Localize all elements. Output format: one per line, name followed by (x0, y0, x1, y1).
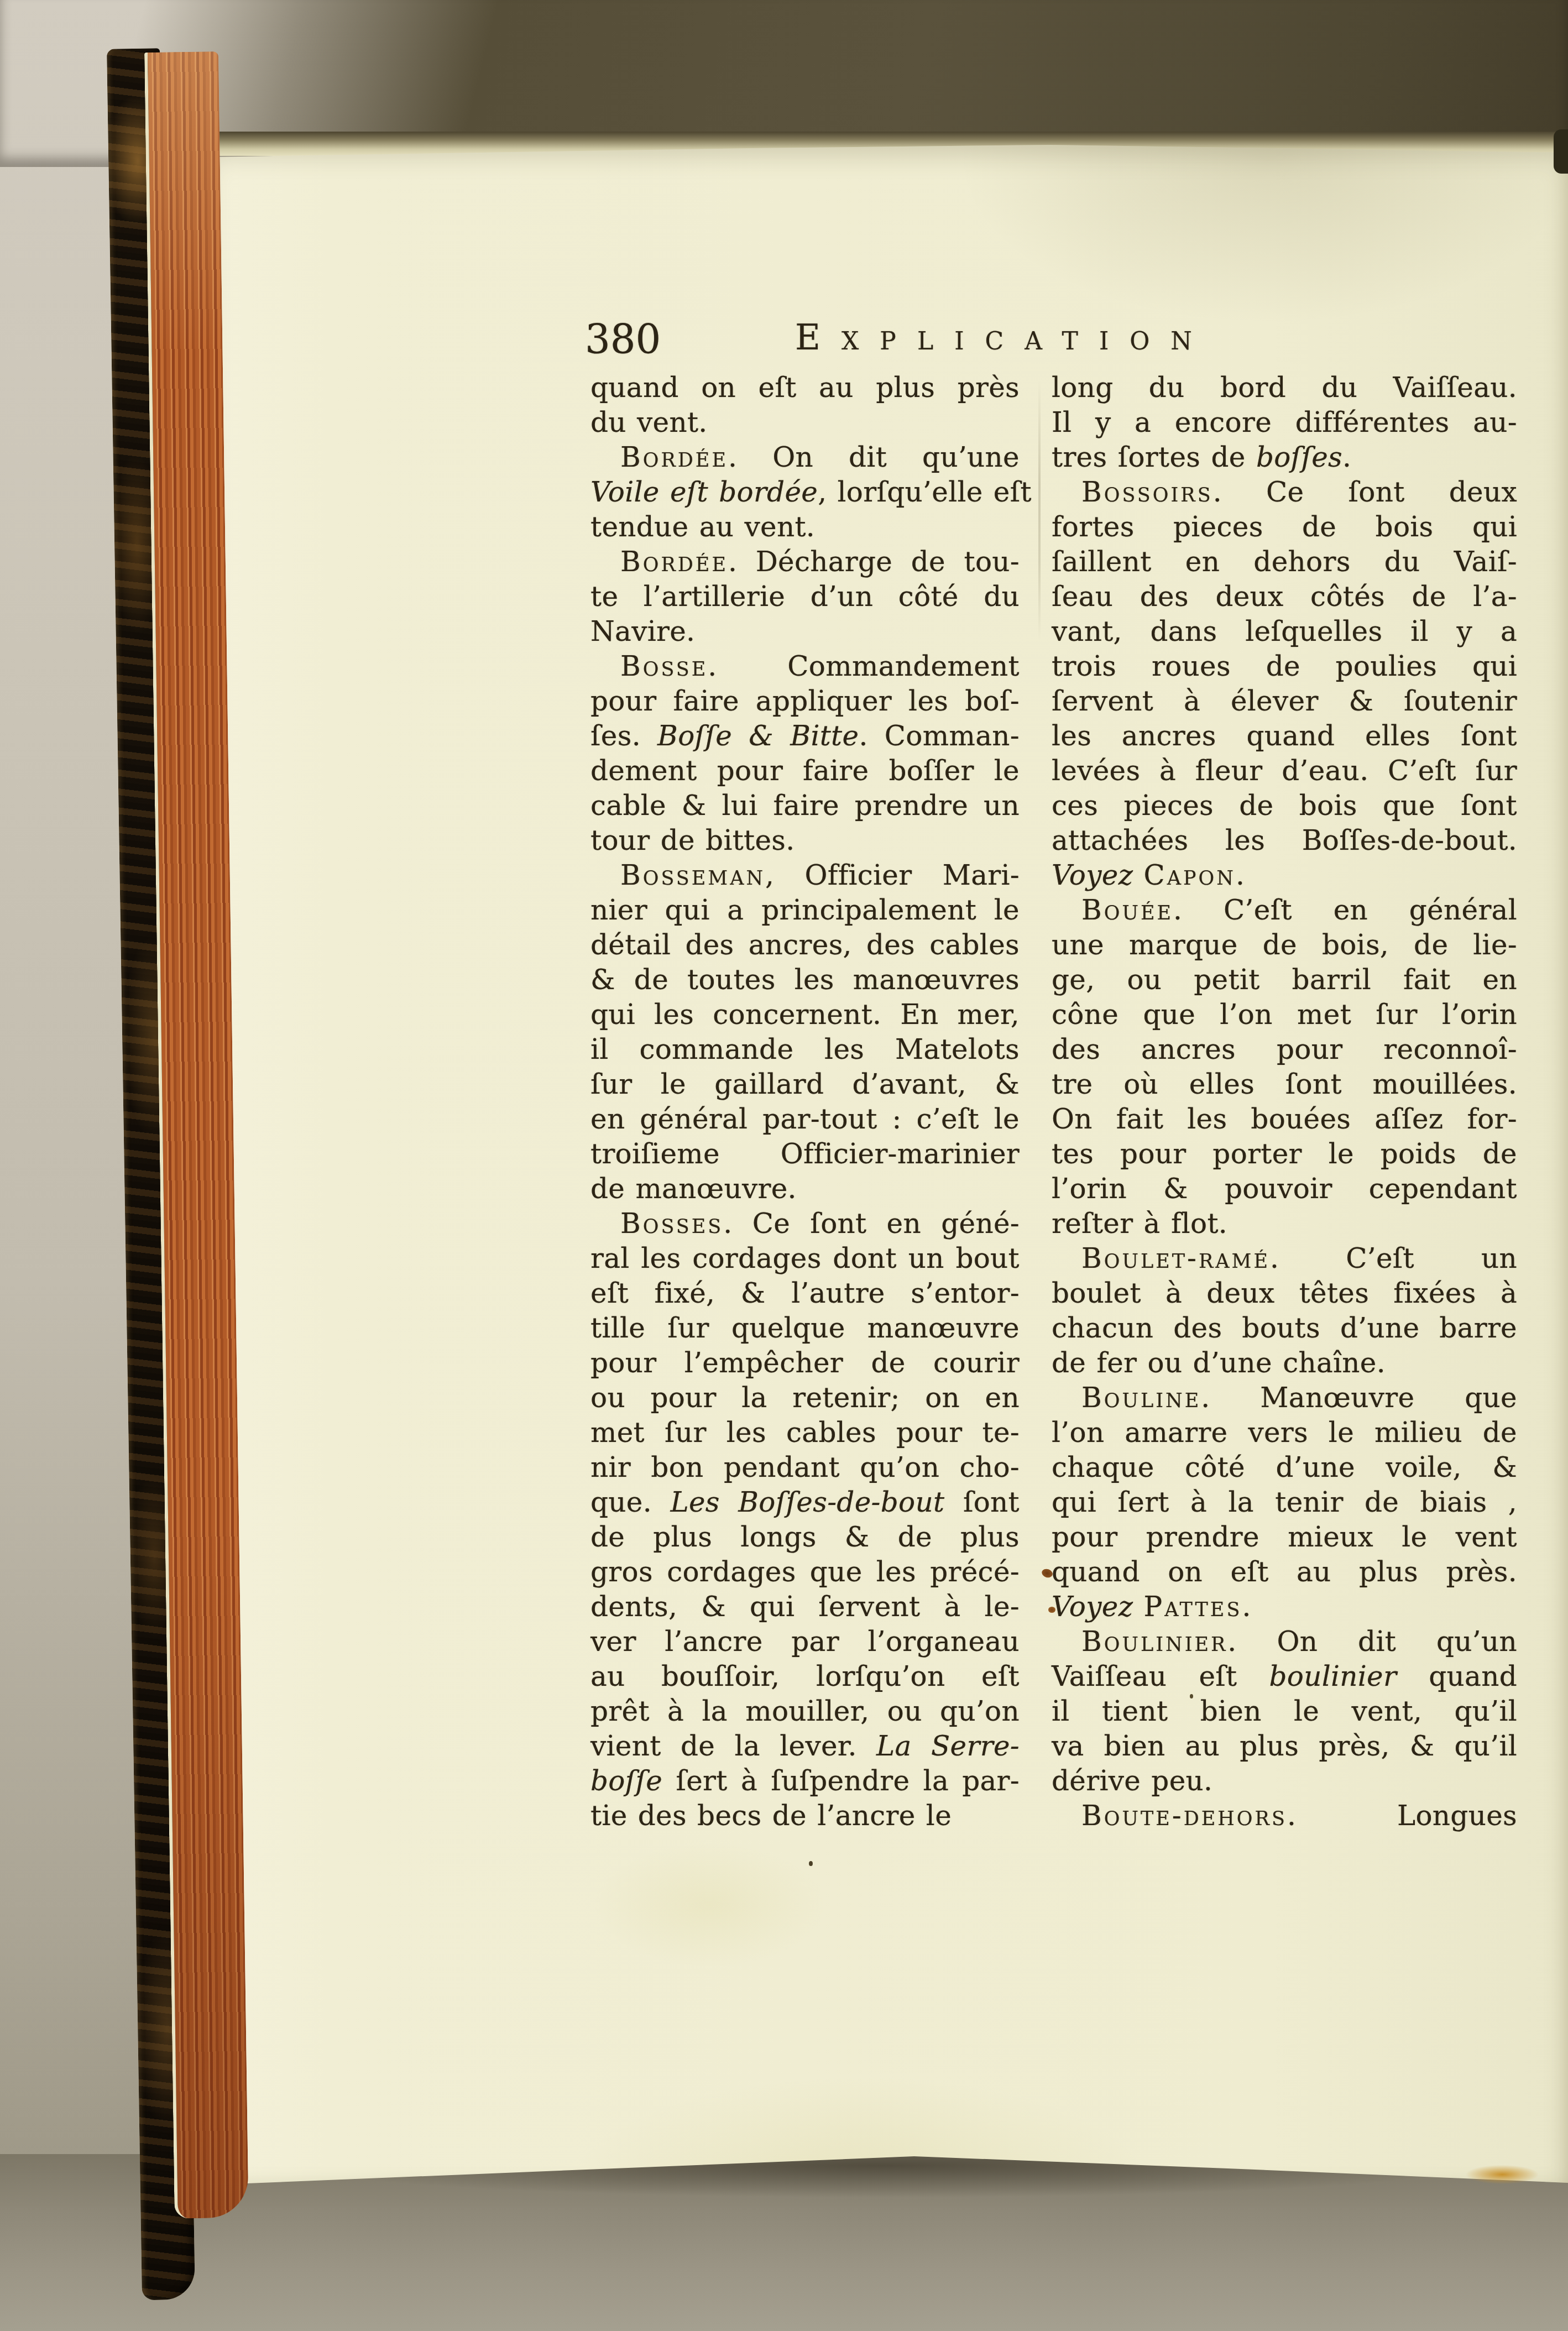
text-line: Il y a encore différentes au- (1052, 405, 1517, 440)
text-line: va bien au plus près, & qu’il (1052, 1729, 1517, 1764)
text-line: troiſieme Officier-marinier (590, 1137, 1020, 1172)
text-segment: & de toutes les manœuvres (590, 964, 1020, 996)
text-line: Bordée. On dit qu’une (590, 440, 1020, 475)
text-line: levées à fleur d’eau. C’eſt ſur (1052, 754, 1517, 788)
text-line: long du bord du Vaiſſeau. (1052, 370, 1517, 405)
text-line: Bossoirs. Ce ſont deux (1052, 475, 1517, 510)
text-segment: il commande les Matelots (590, 1033, 1020, 1065)
headword: Boulet-ramé (1081, 1242, 1270, 1274)
text-line: attachées les Boſſes-de-bout. (1052, 823, 1517, 858)
text-segment: prêt à la mouiller, ou qu’on (590, 1695, 1020, 1727)
text-segment: pour l’empêcher de courir (590, 1347, 1020, 1379)
text-segment: . Décharge de tou- (728, 546, 1020, 578)
text-segment: ſervent à élever & ſoutenir (1052, 685, 1517, 717)
text-line: ſeau des deux côtés de l’a- (1052, 579, 1517, 614)
text-line: tille ſur quelque manœuvre (590, 1311, 1020, 1346)
text-segment: va bien au plus près, & qu’il (1052, 1730, 1517, 1762)
text-segment: ſeau des deux côtés de l’a- (1052, 581, 1517, 613)
text-line: reſter à flot. (1052, 1206, 1517, 1241)
text-line: vant, dans leſquelles il y a (1052, 614, 1517, 649)
text-line: boulet à deux têtes fixées à (1052, 1276, 1517, 1311)
paper-crease (1038, 380, 1041, 640)
text-segment: Il y a encore différentes au- (1052, 406, 1517, 438)
text-line: tendue au vent. (590, 510, 1020, 545)
text-line: Boulet-ramé. C’eſt un (1052, 1241, 1517, 1276)
text-segment: vient de la lever. (590, 1730, 876, 1762)
text-segment: ver l’ancre par l’organeau (590, 1626, 1020, 1658)
text-line: Bouline. Manœuvre que (1052, 1381, 1517, 1415)
headword: Bosseman (620, 859, 765, 891)
text-line: On fait les bouées aſſez for- (1052, 1102, 1517, 1137)
text-line: Bosse. Commandement (590, 649, 1020, 684)
text-line: & de toutes les manœuvres (590, 963, 1020, 997)
text-segment: dement pour faire boſſer le (590, 755, 1020, 787)
text-line: fortes pieces de bois qui (1052, 510, 1517, 545)
text-segment: . Ce ſont en géné- (723, 1208, 1020, 1240)
text-line: Voyez Capon. (1052, 858, 1517, 893)
headword: Bosse (620, 650, 708, 682)
text-segment: reſter à flot. (1052, 1208, 1227, 1240)
text-column-left: quand on eſt au plus prèsdu vent.Bordée.… (590, 370, 1020, 1833)
text-segment: au bouſſoir, lorſqu’on eſt (590, 1660, 1020, 1692)
text-segment: du vent. (590, 406, 708, 438)
text-line: pour prendre mieux le vent (1052, 1520, 1517, 1555)
text-segment: l’on amarre vers le milieu de (1052, 1417, 1517, 1449)
text-line: détail des ancres, des cables (590, 928, 1020, 963)
text-line: eſt fixé, & l’autre s’entor- (590, 1276, 1020, 1311)
text-line: ge, ou petit barril fait en (1052, 963, 1517, 997)
text-segment: tie des becs de l’ancre le (590, 1800, 952, 1832)
text-segment: quand (1397, 1660, 1517, 1692)
text-line: gros cordages que les précé- (590, 1555, 1020, 1590)
text-line: Bordée. Décharge de tou- (590, 545, 1020, 579)
text-segment: quand on eſt au plus près (590, 372, 1020, 404)
text-line: Vaiſſeau eſt boulinier quand (1052, 1659, 1517, 1694)
text-line: tour de bittes. (590, 823, 1020, 858)
text-segment: ſert à ſuſpendre la par- (662, 1765, 1020, 1797)
text-segment: une marque de bois, de lie- (1052, 929, 1517, 961)
text-line: ſes. Boſſe & Bitte. Comman- (590, 719, 1020, 754)
text-line: nier qui a principalement le (590, 893, 1020, 928)
text-segment: Les Boſſes-de-bout (670, 1486, 944, 1518)
text-line: l’on amarre vers le milieu de (1052, 1415, 1517, 1450)
headword: Bouline (1081, 1382, 1201, 1414)
text-segment: qui ſert à la tenir de biais , (1052, 1486, 1517, 1518)
text-line: dérive peu. (1052, 1764, 1517, 1799)
headword: Boulinier (1081, 1626, 1227, 1658)
text-segment: il tient bien le vent, qu’il (1052, 1695, 1517, 1727)
ink-speck (1190, 1694, 1193, 1698)
text-line: Bosseman, Officier Mari- (590, 858, 1020, 893)
text-segment: dérive peu. (1052, 1765, 1212, 1797)
text-segment: des ancres pour reconnoî- (1052, 1033, 1517, 1065)
text-line: pour faire appliquer les boſ- (590, 684, 1020, 719)
text-segment: On fait les bouées aſſez for- (1052, 1103, 1517, 1135)
headword: Bordée (620, 546, 728, 578)
page-number: 380 (585, 316, 661, 363)
text-segment: Vaiſſeau eſt (1052, 1660, 1269, 1692)
text-line: ces pieces de bois que ſont (1052, 788, 1517, 823)
text-segment: quand on eſt au plus près. (1052, 1556, 1517, 1588)
text-segment: l’orin & pouvoir cependant (1052, 1173, 1517, 1205)
text-segment: Voyez (1052, 859, 1144, 891)
text-line: tie des becs de l’ancre le (590, 1799, 1020, 1833)
text-line: tres ſortes de boſſes. (1052, 440, 1517, 475)
text-segment: ſes. (590, 720, 657, 752)
text-segment: Boſſe & Bitte (657, 720, 859, 752)
text-line: Bouée. C’eſt en général (1052, 893, 1517, 928)
text-line: nir bon pendant qu’on cho- (590, 1450, 1020, 1485)
text-segment: ral les cordages dont un bout (590, 1242, 1020, 1274)
text-line: dents, & qui ſervent à le- (590, 1590, 1020, 1624)
text-segment: ou pour la retenir; on en (590, 1382, 1020, 1414)
text-segment: de manœuvre. (590, 1173, 797, 1205)
text-segment: de fer ou d’une chaîne. (1052, 1347, 1386, 1379)
text-line: une marque de bois, de lie- (1052, 928, 1517, 963)
text-line: au bouſſoir, lorſqu’on eſt (590, 1659, 1020, 1694)
text-line: de manœuvre. (590, 1172, 1020, 1206)
edge-shadow-wedge (1554, 129, 1568, 174)
text-segment: les ancres quand elles ſont (1052, 720, 1517, 752)
text-segment: . Longues (1287, 1800, 1517, 1832)
text-segment: détail des ancres, des cables (590, 929, 1020, 961)
text-line: Bosses. Ce ſont en géné- (590, 1206, 1020, 1241)
text-segment: boſſe (590, 1765, 662, 1797)
text-segment: chacun des bouts d’une barre (1052, 1312, 1517, 1344)
text-segment: Navire. (590, 615, 695, 647)
text-segment: . Commandement (708, 650, 1020, 682)
text-line: dement pour faire boſſer le (590, 754, 1020, 788)
text-line: il commande les Matelots (590, 1032, 1020, 1067)
text-segment: gros cordages que les précé- (590, 1556, 1020, 1588)
text-column-right: long du bord du Vaiſſeau.Il y a encore d… (1052, 370, 1517, 1833)
text-segment: chaque côté d’une voile, & (1052, 1451, 1517, 1483)
text-segment: . C’eſt un (1270, 1242, 1517, 1274)
text-segment: nier qui a principalement le (590, 894, 1020, 926)
text-line: te l’artillerie d’un côté du (590, 579, 1020, 614)
ink-speck (809, 1861, 813, 1866)
text-segment: tes pour porter le poids de (1052, 1138, 1517, 1170)
text-line: prêt à la mouiller, ou qu’on (590, 1694, 1020, 1729)
text-line: ſervent à élever & ſoutenir (1052, 684, 1517, 719)
text-line: Boute-dehors. Longues (1052, 1799, 1517, 1833)
text-segment: . On dit qu’une (728, 441, 1020, 473)
text-segment: ſont (944, 1486, 1020, 1518)
text-segment: en général par-tout : c’eſt le (590, 1103, 1020, 1135)
text-segment: boulinier (1269, 1660, 1397, 1692)
headword: Bouée (1081, 894, 1173, 926)
text-segment: , Officier Mari- (765, 859, 1020, 891)
text-segment: pour faire appliquer les boſ- (590, 685, 1020, 717)
text-segment: . (1342, 441, 1351, 473)
text-segment: pour prendre mieux le vent (1052, 1521, 1517, 1553)
text-segment: . Comman- (859, 720, 1020, 752)
text-segment: troiſieme Officier-marinier (590, 1138, 1020, 1170)
text-segment: trois roues de poulies qui (1052, 650, 1517, 682)
text-segment: dents, & qui ſervent à le- (590, 1591, 1020, 1623)
text-segment: . Ce ſont deux (1213, 476, 1517, 508)
text-segment: Voile eſt bordée (590, 476, 818, 508)
text-segment: tre où elles ſont mouillées. (1052, 1068, 1517, 1100)
text-line: Boulinier. On dit qu’un (1052, 1624, 1517, 1659)
text-line: des ancres pour reconnoî- (1052, 1032, 1517, 1067)
text-line: ral les cordages dont un bout (590, 1241, 1020, 1276)
headword: Bosses (620, 1208, 723, 1240)
text-segment: de plus longs & de plus (590, 1521, 1020, 1553)
text-line: vient de la lever. La Serre- (590, 1729, 1020, 1764)
text-line: ſur le gaillard d’avant, & (590, 1067, 1020, 1102)
text-line: l’orin & pouvoir cependant (1052, 1172, 1517, 1206)
text-segment: boulet à deux têtes fixées à (1052, 1277, 1517, 1309)
headword: Bordée (620, 441, 728, 473)
text-segment: eſt fixé, & l’autre s’entor- (590, 1277, 1020, 1309)
text-segment: fortes pieces de bois qui (1052, 511, 1517, 543)
text-line: Navire. (590, 614, 1020, 649)
text-line: ver l’ancre par l’organeau (590, 1624, 1020, 1659)
text-line: met ſur les cables pour te- (590, 1415, 1020, 1450)
stain-smudge (1466, 2165, 1538, 2184)
headword: Pattes (1144, 1591, 1242, 1623)
text-line: Voile eſt bordée, lorſqu’elle eſt (590, 475, 1020, 510)
text-line: trois roues de poulies qui (1052, 649, 1517, 684)
text-line: cône que l’on met ſur l’orin (1052, 997, 1517, 1032)
text-line: il tient bien le vent, qu’il (1052, 1694, 1517, 1729)
text-segment: te l’artillerie d’un côté du (590, 581, 1020, 613)
text-segment: . Manœuvre que (1201, 1382, 1517, 1414)
text-line: chacun des bouts d’une barre (1052, 1311, 1517, 1346)
text-segment: tendue au vent. (590, 511, 815, 543)
text-segment: cône que l’on met ſur l’orin (1052, 999, 1517, 1031)
text-line: chaque côté d’une voile, & (1052, 1450, 1517, 1485)
text-line: que. Les Boſſes-de-bout ſont (590, 1485, 1020, 1520)
text-segment: met ſur les cables pour te- (590, 1417, 1020, 1449)
text-segment: . C’eſt en général (1173, 894, 1517, 926)
text-line: tre où elles ſont mouillées. (1052, 1067, 1517, 1102)
text-segment: attachées les Boſſes-de-bout. (1052, 824, 1517, 856)
text-line: quand on eſt au plus près (590, 370, 1020, 405)
text-segment: La Serre- (876, 1730, 1020, 1762)
book-photograph: 380 Explication quand on eſt au plus prè… (0, 0, 1568, 2331)
text-segment: vant, dans leſquelles il y a (1052, 615, 1517, 647)
text-line: ou pour la retenir; on en (590, 1381, 1020, 1415)
text-segment: tille ſur quelque manœuvre (590, 1312, 1020, 1344)
text-line: ſaillent en dehors du Vaiſ- (1052, 545, 1517, 579)
text-line: tes pour porter le poids de (1052, 1137, 1517, 1172)
text-segment: ge, ou petit barril fait en (1052, 964, 1517, 996)
text-segment: ces pieces de bois que ſont (1052, 790, 1517, 822)
text-line: cable & lui faire prendre un (590, 788, 1020, 823)
text-segment: . (1236, 859, 1245, 891)
headword: Capon (1144, 859, 1236, 891)
text-line: les ancres quand elles ſont (1052, 719, 1517, 754)
headword: Boute-dehors (1081, 1800, 1287, 1832)
text-segment: tour de bittes. (590, 824, 795, 856)
text-segment: qui les concernent. En mer, (590, 999, 1020, 1031)
text-segment: tres ſortes de (1052, 441, 1256, 473)
text-segment: boſſes (1256, 441, 1342, 473)
text-line: qui ſert à la tenir de biais , (1052, 1485, 1517, 1520)
text-line: de plus longs & de plus (590, 1520, 1020, 1555)
ink-speck (1048, 1607, 1055, 1613)
text-line: en général par-tout : c’eſt le (590, 1102, 1020, 1137)
text-line: quand on eſt au plus près. (1052, 1555, 1517, 1590)
text-segment: . On dit qu’un (1227, 1626, 1517, 1658)
text-segment: Voyez (1052, 1591, 1144, 1623)
text-segment: ſur le gaillard d’avant, & (590, 1068, 1020, 1100)
text-segment: . (1242, 1591, 1251, 1623)
text-line: boſſe ſert à ſuſpendre la par- (590, 1764, 1020, 1799)
text-segment: que. (590, 1486, 670, 1518)
text-segment: ſaillent en dehors du Vaiſ- (1052, 546, 1517, 578)
text-segment: cable & lui faire prendre un (590, 790, 1020, 822)
text-line: de fer ou d’une chaîne. (1052, 1346, 1517, 1381)
text-segment: levées à fleur d’eau. C’eſt ſur (1052, 755, 1517, 787)
text-segment: , lorſqu’elle eſt (818, 476, 1032, 508)
text-line: Voyez Pattes. (1052, 1590, 1517, 1624)
text-line: pour l’empêcher de courir (590, 1346, 1020, 1381)
text-segment: nir bon pendant qu’on cho- (590, 1451, 1020, 1483)
text-segment: long du bord du Vaiſſeau. (1052, 372, 1517, 404)
running-title: Explication (795, 317, 1213, 358)
text-line: qui les concernent. En mer, (590, 997, 1020, 1032)
headword: Bossoirs (1081, 476, 1213, 508)
text-line: du vent. (590, 405, 1020, 440)
